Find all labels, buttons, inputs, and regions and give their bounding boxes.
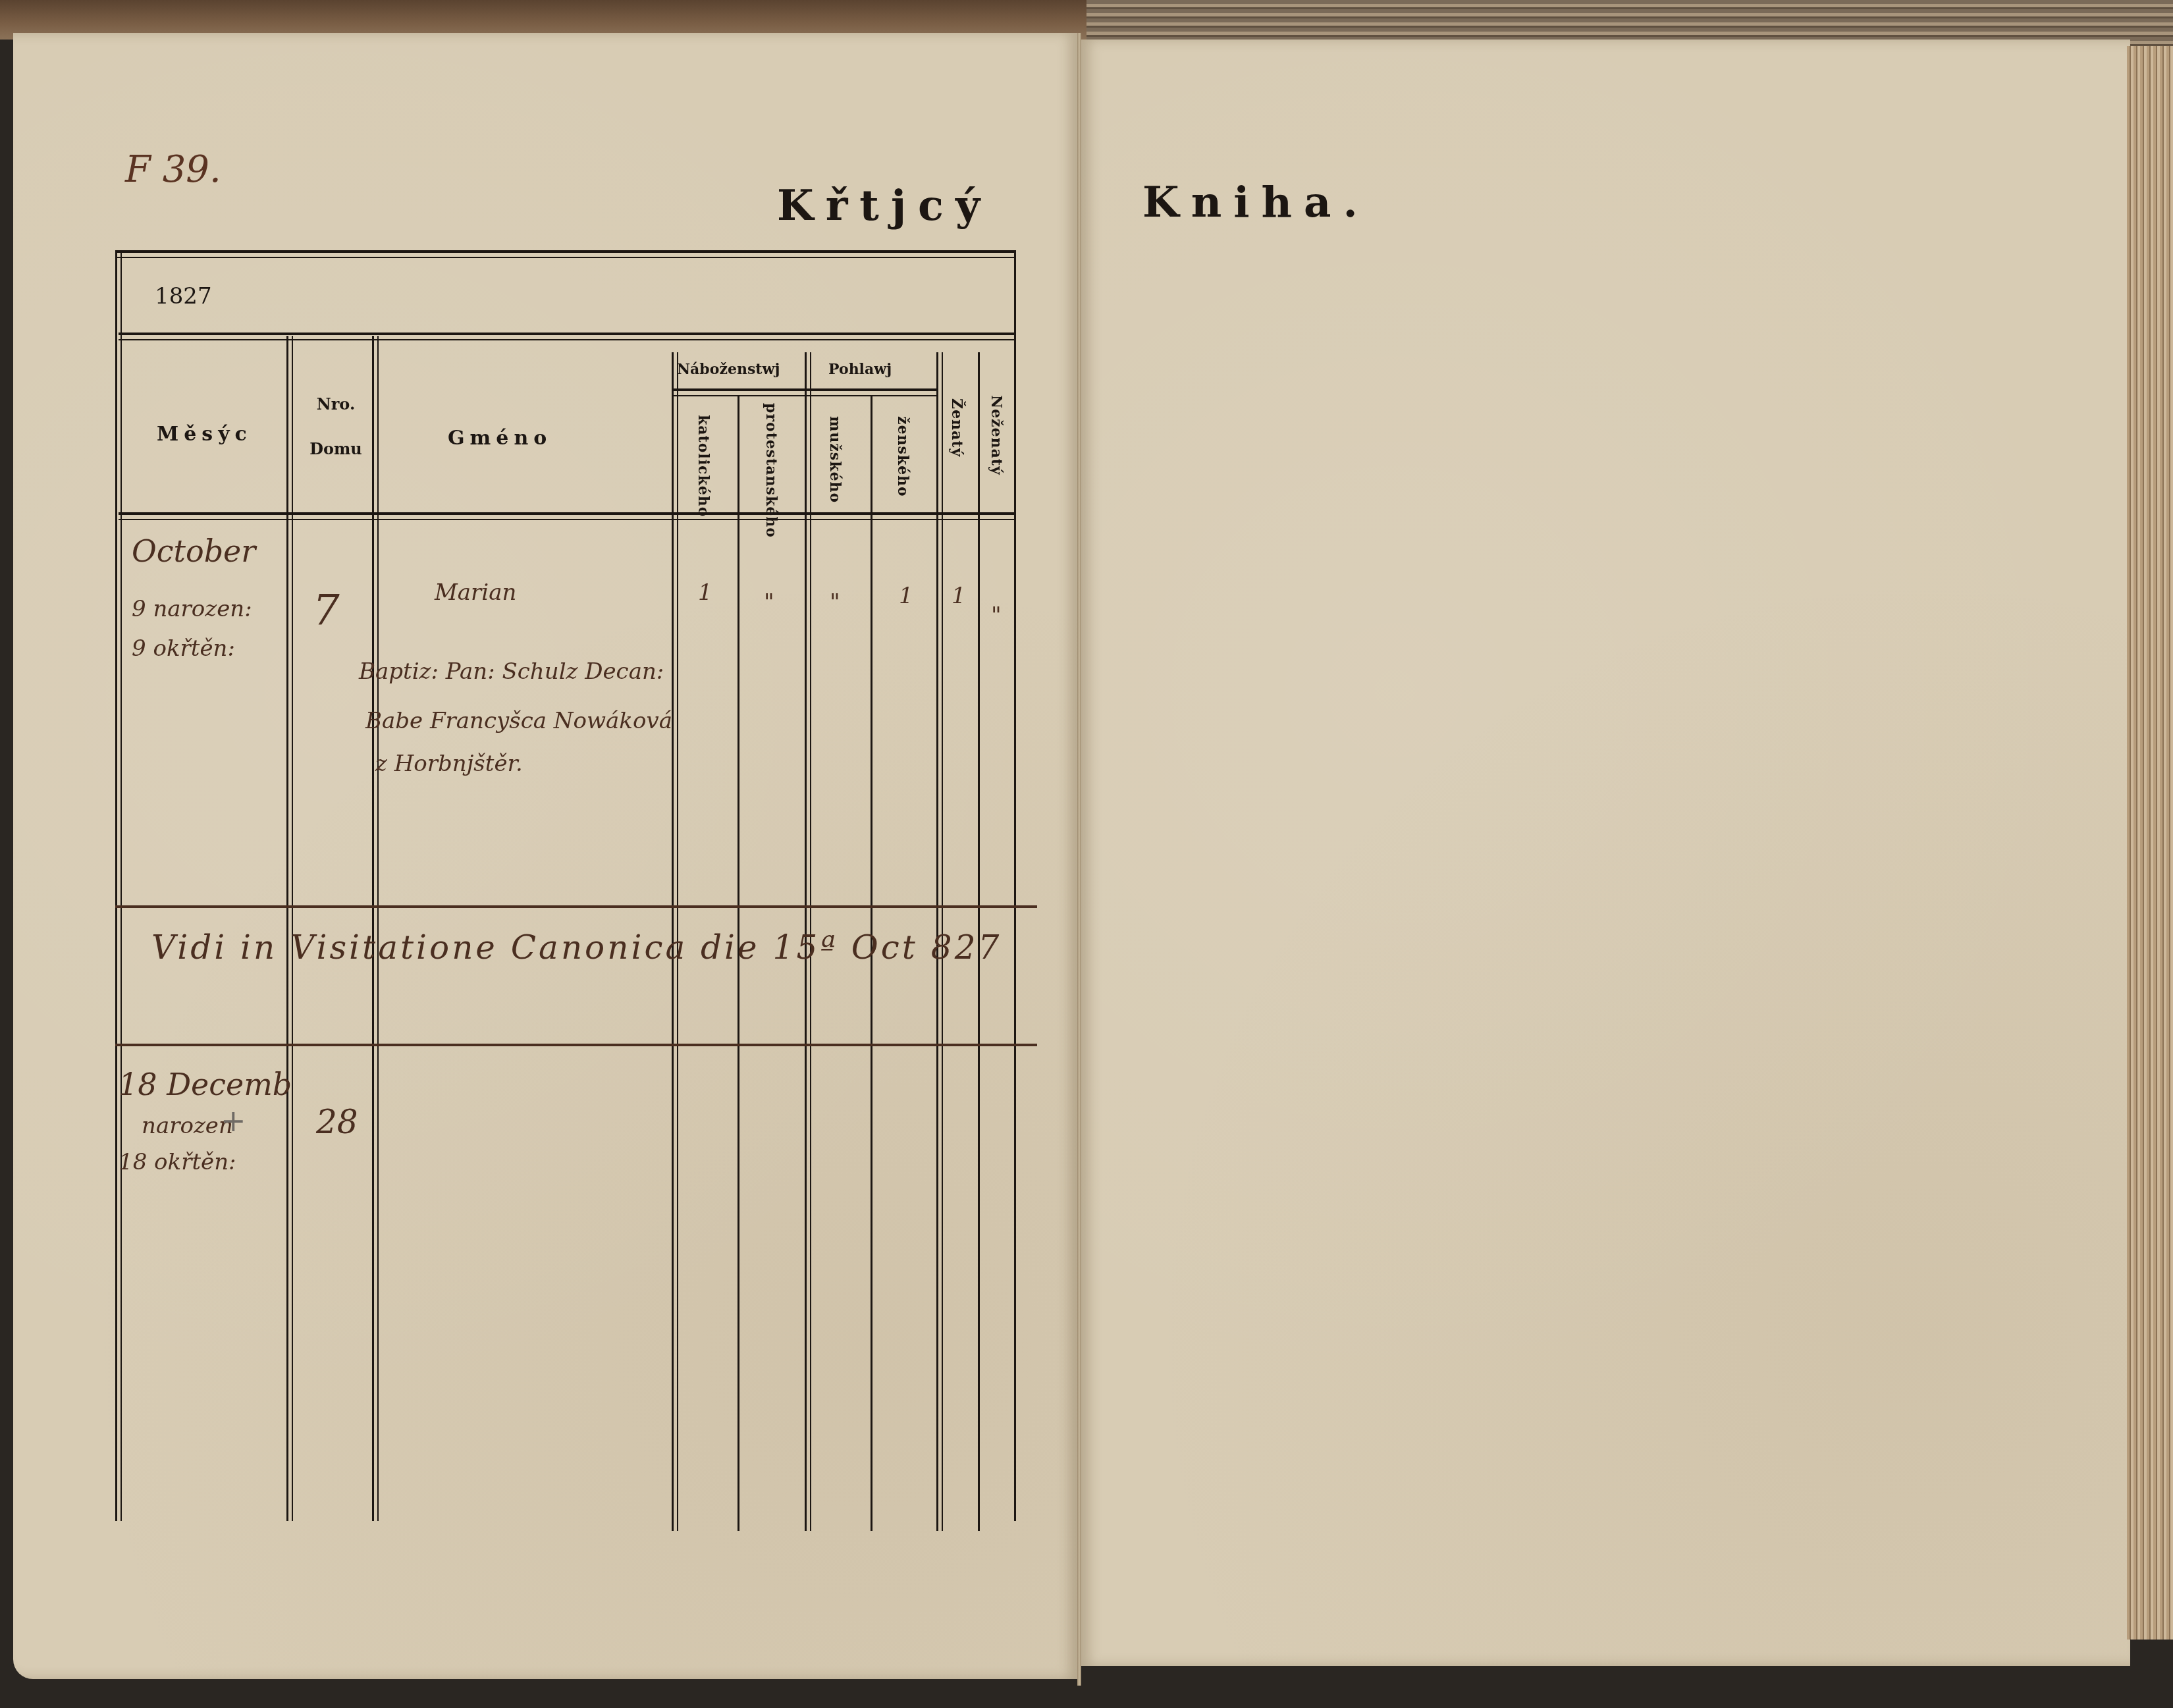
entry-1-muzske: " (830, 589, 840, 616)
religion-subheader-line (672, 388, 807, 396)
entry-2-born: narozen (142, 1113, 233, 1139)
entry-1-name: Marian (435, 579, 516, 606)
header-month: Měsýc (157, 423, 252, 446)
left-year-divider (119, 333, 1014, 340)
entry-1-zenske: 1 (899, 583, 913, 609)
sex-subheader-line (807, 388, 938, 396)
header-religion-group: Náboženstwj (677, 361, 780, 378)
header-zenske: ženského (894, 416, 911, 497)
header-katolicke: katolického (695, 415, 712, 517)
left-table-top-border (115, 250, 1014, 258)
entry-2-house-no: 28 (316, 1103, 358, 1141)
entry-1-nezenaty: " (991, 602, 1002, 629)
visitation-bottom-rule (115, 1044, 1037, 1046)
visitation-top-rule (115, 905, 1037, 908)
title-right: Kniha. (1142, 178, 1370, 227)
entry-1-note-1: Baptiz: Pan: Schulz Decan: (359, 658, 664, 685)
header-nezenaty: Neženatý (988, 395, 1005, 475)
header-house-no: Nro. Domu (306, 382, 365, 471)
folio-number: F 39. (125, 148, 221, 191)
entry-1-born: 9 narozen: (132, 596, 252, 622)
entry-1-baptized: 9 okřtěn: (132, 635, 235, 662)
entry-1-note-3: z Horbnjštěr. (375, 751, 523, 777)
entry-1-zenaty: 1 (952, 583, 966, 609)
left-table-left-border (115, 250, 122, 1521)
book-gutter (1077, 33, 1081, 1686)
left-header-bottom (119, 512, 1014, 520)
entry-2-death-cross: + (221, 1103, 246, 1138)
title-left: Křtjcý (777, 181, 992, 230)
header-name: Gméno (448, 427, 552, 450)
entry-2-baptized: 18 okřtěn: (119, 1149, 236, 1175)
entry-1-note-2: Babe Francyšca Nowáková (365, 708, 672, 734)
left-page (13, 33, 1079, 1679)
page-edges-right (2127, 46, 2173, 1640)
header-muzske: mužského (826, 416, 844, 503)
entry-1-house-no: 7 (313, 586, 340, 635)
entry-2-month: 18 Decemb (119, 1067, 292, 1102)
entry-1-month: October (132, 533, 255, 569)
entry-1-katolicke: 1 (698, 579, 712, 606)
visitation-note: Vidi in Visitatione Canonica die 15ª Oct… (151, 928, 1002, 967)
header-sex-group: Pohlawj (828, 361, 892, 378)
entry-1-protestantske: " (764, 589, 774, 616)
year: 1827 (155, 283, 212, 309)
header-protestantske: protestanského (763, 403, 780, 538)
left-table-right-border (1014, 250, 1016, 1521)
right-page (1080, 40, 2130, 1666)
header-zenaty: Ženatý (948, 398, 965, 457)
